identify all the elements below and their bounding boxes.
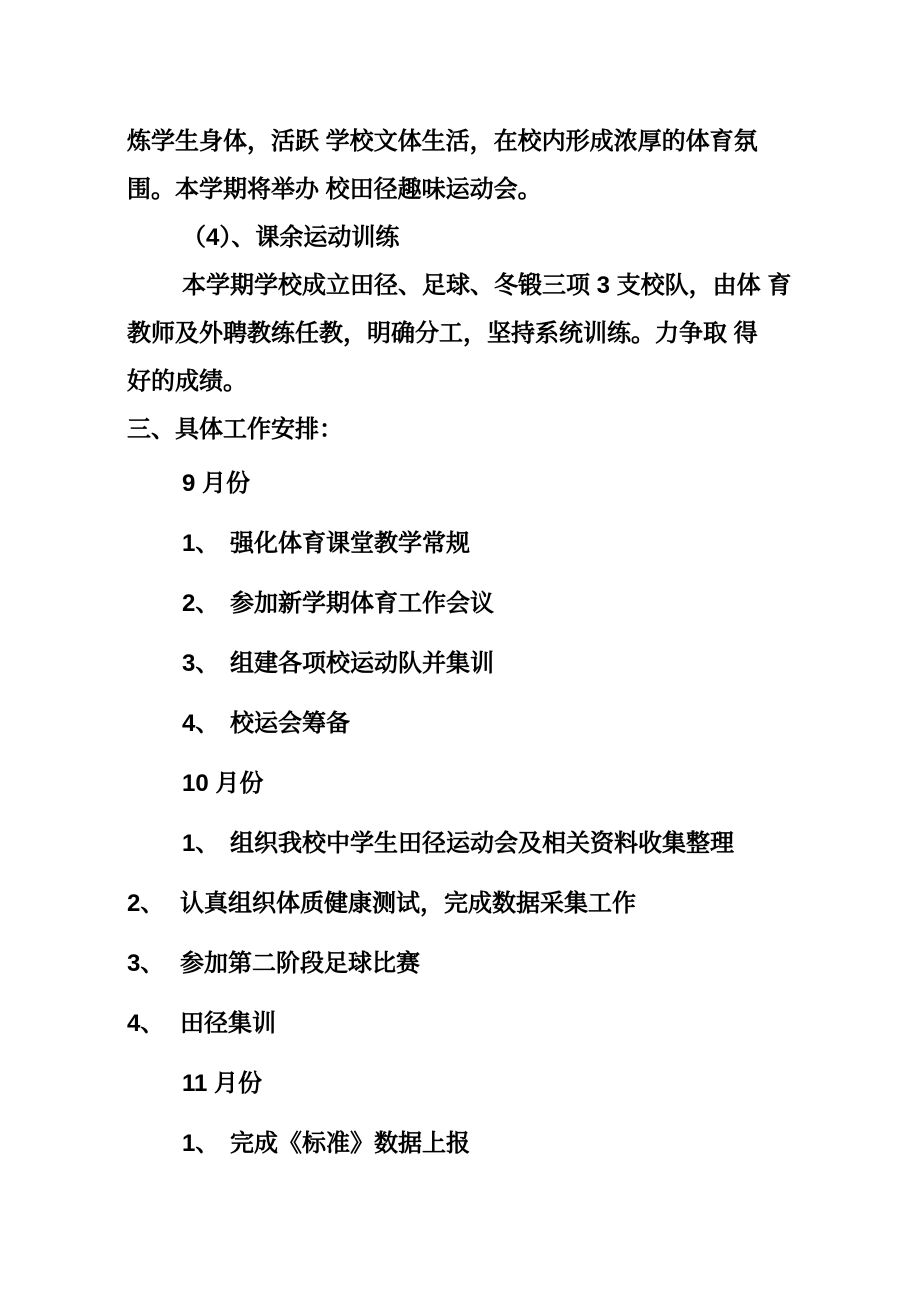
list-number: 2、 — [182, 574, 230, 634]
document-line: 炼学生身体，活跃 学校文体生活，在校内形成浓厚的体育氛 — [127, 118, 827, 166]
list-number: 1、 — [182, 814, 230, 874]
document-line: 本学期学校成立田径、足球、冬锻三项 3 支校队，由体 育 — [127, 262, 827, 310]
list-item: 2、参加新学期体育工作会议 — [127, 574, 827, 634]
month-heading: 11 月份 — [127, 1054, 827, 1114]
document-line: 围。本学期将举办 校田径趣味运动会。 — [127, 166, 827, 214]
list-item-text: 组织我校中学生田径运动会及相关资料收集整理 — [230, 830, 734, 857]
list-number: 3、 — [182, 634, 230, 694]
list-item: 1、组织我校中学生田径运动会及相关资料收集整理 — [127, 814, 827, 874]
list-item: 4、校运会筹备 — [127, 694, 827, 754]
list-number: 4、 — [127, 994, 180, 1054]
list-number: 1、 — [182, 514, 230, 574]
section-heading: 三、具体工作安排： — [127, 406, 827, 454]
list-item-text: 参加新学期体育工作会议 — [230, 590, 494, 617]
list-item: 4、田径集训 — [127, 994, 827, 1054]
month-heading: 10 月份 — [127, 754, 827, 814]
list-number: 2、 — [127, 874, 180, 934]
list-item: 1、强化体育课堂教学常规 — [127, 514, 827, 574]
list-item-text: 参加第二阶段足球比赛 — [180, 950, 420, 977]
list-item-text: 完成《标准》数据上报 — [230, 1130, 470, 1157]
list-item: 1、完成《标准》数据上报 — [127, 1114, 827, 1174]
document-page: 炼学生身体，活跃 学校文体生活，在校内形成浓厚的体育氛 围。本学期将举办 校田径… — [0, 0, 920, 1303]
list-item-text: 强化体育课堂教学常规 — [230, 530, 470, 557]
list-item-text: 田径集训 — [180, 1010, 276, 1037]
month-heading: 9 月份 — [127, 454, 827, 514]
document-body: 炼学生身体，活跃 学校文体生活，在校内形成浓厚的体育氛 围。本学期将举办 校田径… — [127, 118, 827, 1174]
list-number: 1、 — [182, 1114, 230, 1174]
list-item-text: 校运会筹备 — [230, 710, 350, 737]
list-number: 3、 — [127, 934, 180, 994]
document-line: （4）、课余运动训练 — [127, 214, 827, 262]
list-number: 4、 — [182, 694, 230, 754]
document-line: 教师及外聘教练任教，明确分工，坚持系统训练。力争取 得 — [127, 310, 827, 358]
list-item: 3、参加第二阶段足球比赛 — [127, 934, 827, 994]
document-line: 好的成绩。 — [127, 358, 827, 406]
list-item: 2、认真组织体质健康测试，完成数据采集工作 — [127, 874, 827, 934]
list-item: 3、组建各项校运动队并集训 — [127, 634, 827, 694]
list-item-text: 认真组织体质健康测试，完成数据采集工作 — [180, 890, 636, 917]
list-item-text: 组建各项校运动队并集训 — [230, 650, 494, 677]
